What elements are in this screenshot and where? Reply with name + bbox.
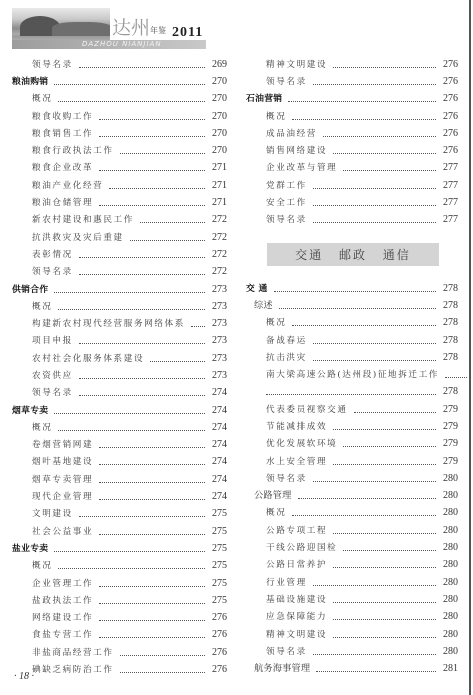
dot-leader <box>313 584 436 586</box>
toc-entry[interactable]: 烟叶基地建设274 <box>12 454 227 471</box>
dot-leader <box>79 377 205 379</box>
toc-entry-page: 279 <box>436 438 458 450</box>
toc-entry-page: 275 <box>205 526 227 538</box>
toc-entry[interactable]: 盐政执法工作275 <box>12 592 227 609</box>
dot-leader <box>99 481 205 483</box>
toc-entry-page: 270 <box>205 76 227 88</box>
dot-leader <box>79 342 205 344</box>
dot-leader <box>333 618 436 620</box>
toc-entry-page: 273 <box>205 370 227 382</box>
toc-entry-page: 270 <box>205 93 227 105</box>
toc-entry-label: 表彰情况 <box>12 249 79 261</box>
dot-leader <box>140 221 205 223</box>
toc-entry-label: 粮食企业改革 <box>12 162 99 174</box>
dot-leader <box>333 532 436 534</box>
dot-leader <box>292 324 436 326</box>
toc-entry-page: 270 <box>205 128 227 140</box>
toc-entry-page: 273 <box>205 353 227 365</box>
toc-entry-label: 农资供应 <box>12 370 79 382</box>
toc-entry-page: 280 <box>436 577 458 589</box>
toc-entry-page: 277 <box>436 197 458 209</box>
dot-leader <box>288 100 436 102</box>
dot-leader <box>313 480 436 482</box>
toc-right-bottom: 交 通278综述278概况278备战春运278抗击洪灾278南大梁高速公路(达州… <box>246 280 458 678</box>
toc-entry-label: 盐政执法工作 <box>12 595 99 607</box>
toc-entry-label: 烟草专卖 <box>12 405 54 417</box>
toc-entry-label: 概况 <box>246 507 292 519</box>
dot-leader <box>120 671 205 673</box>
dot-leader <box>298 497 436 499</box>
toc-entry[interactable]: 非盐商品经营工作276 <box>12 644 227 661</box>
toc-right-top: 精神文明建设276领导名录276石油营销276概况276成品油经营276销售网络… <box>246 56 458 229</box>
toc-entry-page: 280 <box>436 542 458 554</box>
toc-entry-page: 280 <box>436 559 458 571</box>
toc-entry-label: 公路专项工程 <box>246 525 333 537</box>
toc-entry-label: 基础设施建设 <box>246 594 333 606</box>
toc-entry-label: 安全工作 <box>246 197 313 209</box>
toc-entry-page: 274 <box>205 405 227 417</box>
toc-subsection[interactable]: 公路管理280 <box>246 488 458 505</box>
toc-entry-label: 新农村建设和惠民工作 <box>12 214 140 226</box>
dot-leader <box>54 83 205 85</box>
dot-leader <box>333 463 436 465</box>
dot-leader <box>313 221 436 223</box>
toc-entry-label: 粮食收购工作 <box>12 111 99 123</box>
toc-entry-page: 280 <box>436 629 458 641</box>
toc-entry[interactable]: 概况273 <box>12 298 227 315</box>
toc-entry[interactable]: 销售网络建设276 <box>246 142 458 159</box>
dot-leader <box>445 376 467 378</box>
toc-entry[interactable]: 领导名录280 <box>246 643 458 660</box>
toc-entry[interactable]: 现代企业管理274 <box>12 488 227 505</box>
toc-entry-page: 276 <box>436 128 458 140</box>
toc-entry-page: 275 <box>205 578 227 590</box>
toc-entry[interactable]: 碘缺乏病防治工作276 <box>12 661 227 678</box>
toc-entry[interactable]: 企业改革与管理277 <box>246 160 458 177</box>
toc-entry-label: 领导名录 <box>12 59 79 71</box>
dot-leader <box>79 66 205 68</box>
toc-entry-page: 275 <box>205 560 227 572</box>
dot-leader <box>343 445 436 447</box>
dot-leader <box>313 342 436 344</box>
toc-entry-page: 272 <box>205 249 227 261</box>
dot-leader <box>79 273 205 275</box>
toc-entry-label: 代表委员视察交通 <box>246 404 354 416</box>
toc-entry[interactable]: 粮食企业改革271 <box>12 160 227 177</box>
dot-leader <box>99 619 205 621</box>
toc-entry-label: 概况 <box>12 301 58 313</box>
toc-entry[interactable]: 领导名录274 <box>12 385 227 402</box>
toc-entry[interactable]: 干线公路迎国检280 <box>246 539 458 556</box>
toc-entry-label: 供销合作 <box>12 284 54 296</box>
toc-entry-label: 精神文明建设 <box>246 59 333 71</box>
toc-entry-label: 综述 <box>246 300 279 312</box>
toc-entry-label: 企业改革与管理 <box>246 162 343 174</box>
toc-entry[interactable]: 概况274 <box>12 419 227 436</box>
toc-entry[interactable]: 公路专项工程280 <box>246 522 458 539</box>
toc-section-heading[interactable]: 供销合作273 <box>12 281 227 298</box>
toc-entry-page: 277 <box>436 162 458 174</box>
toc-section-heading[interactable]: 石油营销276 <box>246 91 458 108</box>
dot-leader <box>292 514 436 516</box>
dot-leader <box>99 533 205 535</box>
dot-leader <box>58 567 205 569</box>
dot-leader <box>99 463 205 465</box>
toc-entry[interactable]: 优化发展软环境279 <box>246 436 458 453</box>
toc-entry-label: 烟叶基地建设 <box>12 456 99 468</box>
toc-entry[interactable]: 社会公益事业275 <box>12 523 227 540</box>
dot-leader <box>274 290 436 292</box>
toc-entry[interactable]: 备战春运278 <box>246 332 458 349</box>
toc-entry[interactable]: 概况275 <box>12 558 227 575</box>
toc-entry[interactable]: 构建新农村现代经营服务网络体系273 <box>12 315 227 332</box>
toc-entry[interactable]: 基础设施建设280 <box>246 591 458 608</box>
toc-entry-page: 278 <box>436 335 458 347</box>
toc-entry[interactable]: 概况276 <box>246 108 458 125</box>
toc-entry[interactable]: 食盐专营工作276 <box>12 627 227 644</box>
toc-entry-label: 盐业专卖 <box>12 543 54 555</box>
dot-leader <box>354 411 436 413</box>
dot-leader <box>333 566 436 568</box>
toc-entry-label: 优化发展软环境 <box>246 438 343 450</box>
toc-entry-page: 278 <box>436 283 458 295</box>
toc-entry[interactable]: 项目申报273 <box>12 333 227 350</box>
toc-entry[interactable]: 南大梁高速公路(达州段)征地拆迁工作 <box>246 366 458 383</box>
toc-subsection[interactable]: 航务海事管理281 <box>246 661 458 678</box>
toc-entry[interactable]: 卷烟营销网建274 <box>12 437 227 454</box>
toc-entry[interactable]: 农资供应273 <box>12 367 227 384</box>
header-title: 达州 <box>112 17 150 39</box>
toc-entry-page: 276 <box>205 629 227 641</box>
toc-entry[interactable]: 新农村建设和惠民工作272 <box>12 212 227 229</box>
toc-entry-page: 276 <box>205 647 227 659</box>
toc-entry[interactable]: 代表委员视察交通279 <box>246 401 458 418</box>
toc-entry-label: 文明建设 <box>12 508 79 520</box>
toc-entry-page: 272 <box>205 232 227 244</box>
dot-leader <box>120 654 205 656</box>
header-year: 2011 <box>172 26 203 40</box>
toc-entry[interactable]: 抗洪救灾及灾后重建272 <box>12 229 227 246</box>
toc-entry-label: 构建新农村现代经营服务网络体系 <box>12 318 191 330</box>
dot-leader <box>99 204 205 206</box>
toc-entry-label: 销售网络建设 <box>246 145 333 157</box>
toc-entry-label: 成品油经营 <box>246 128 323 140</box>
toc-entry-label: 南大梁高速公路(达州段)征地拆迁工作 <box>246 369 445 381</box>
toc-entry[interactable]: 粮油产业化经营271 <box>12 177 227 194</box>
toc-entry-page: 276 <box>436 145 458 157</box>
toc-entry-label: 粮食行政执法工作 <box>12 145 120 157</box>
treeline-graphic <box>52 22 110 36</box>
toc-left-column: 领导名录269粮油购销270概况270粮食收购工作270粮食销售工作270粮食行… <box>12 56 227 679</box>
toc-entry-page: 275 <box>205 595 227 607</box>
page-edge-rule <box>469 0 471 695</box>
header-subtitle: 年鉴 <box>150 25 166 37</box>
toc-entry-page: 278 <box>436 352 458 364</box>
toc-entry-label: 公路管理 <box>246 490 298 502</box>
dot-leader <box>150 360 205 362</box>
toc-entry-page: 280 <box>436 473 458 485</box>
toc-entry-page: 280 <box>436 611 458 623</box>
dot-leader <box>343 549 436 551</box>
toc-entry-label: 领导名录 <box>12 387 79 399</box>
toc-entry-label: 概况 <box>12 93 58 105</box>
toc-entry-page: 280 <box>436 507 458 519</box>
toc-entry-label: 网络建设工作 <box>12 612 99 624</box>
toc-entry-label: 概况 <box>12 560 58 572</box>
toc-entry-page: 270 <box>205 111 227 123</box>
toc-entry-page: 276 <box>436 76 458 88</box>
toc-entry-page: 273 <box>205 284 227 296</box>
dot-leader <box>99 118 205 120</box>
toc-entry[interactable]: 水上安全管理279 <box>246 453 458 470</box>
toc-entry-page: 281 <box>436 663 458 675</box>
dot-leader <box>120 152 205 154</box>
toc-entry-page: 271 <box>205 180 227 192</box>
toc-entry-page: 275 <box>205 543 227 555</box>
dot-leader <box>99 602 205 604</box>
toc-entry[interactable]: 应急保障能力280 <box>246 609 458 626</box>
toc-entry-page: 280 <box>436 525 458 537</box>
toc-entry[interactable]: 概况280 <box>246 505 458 522</box>
toc-right-column: 精神文明建设276领导名录276石油营销276概况276成品油经营276销售网络… <box>246 56 458 678</box>
toc-entry-label: 领导名录 <box>246 473 313 485</box>
dot-leader <box>54 550 205 552</box>
toc-entry-label: 粮油仓储管理 <box>12 197 99 209</box>
toc-entry[interactable]: 党群工作277 <box>246 177 458 194</box>
toc-entry-label: 领导名录 <box>246 76 313 88</box>
toc-entry-page: 278 <box>436 300 458 312</box>
toc-entry[interactable]: 粮油仓储管理271 <box>12 194 227 211</box>
dot-leader <box>333 601 436 603</box>
dot-leader <box>323 135 436 137</box>
toc-entry-label: 行业管理 <box>246 577 313 589</box>
toc-entry[interactable]: 领导名录280 <box>246 470 458 487</box>
toc-entry-label: 交 通 <box>246 283 274 295</box>
toc-entry-page: 278 <box>436 386 458 398</box>
dot-leader <box>343 169 436 171</box>
toc-entry-page: 280 <box>436 594 458 606</box>
toc-entry-page: 270 <box>205 145 227 157</box>
toc-entry-label: 领导名录 <box>246 214 313 226</box>
toc-entry[interactable]: 网络建设工作276 <box>12 610 227 627</box>
toc-entry-label: 食盐专营工作 <box>12 629 99 641</box>
dot-leader <box>333 636 436 638</box>
dot-leader <box>54 291 205 293</box>
toc-entry[interactable]: 抗击洪灾278 <box>246 349 458 366</box>
dot-leader <box>99 135 205 137</box>
dot-leader <box>266 393 436 395</box>
dot-leader <box>316 670 436 672</box>
toc-entry-label: 粮油购销 <box>12 76 54 88</box>
toc-entry[interactable]: 表彰情况272 <box>12 246 227 263</box>
dot-leader <box>333 428 436 430</box>
toc-entry-label: 领导名录 <box>246 646 313 658</box>
toc-entry-page: 274 <box>205 491 227 503</box>
toc-entry-page: 279 <box>436 404 458 416</box>
toc-entry-page: 278 <box>436 317 458 329</box>
toc-entry-page: 273 <box>205 335 227 347</box>
toc-entry-page: 276 <box>205 664 227 676</box>
toc-entry[interactable]: 精神文明建设276 <box>246 56 458 73</box>
toc-entry-label: 现代企业管理 <box>12 491 99 503</box>
toc-entry-label: 抗洪救灾及灾后重建 <box>12 232 130 244</box>
toc-entry[interactable]: 烟草专卖管理274 <box>12 471 227 488</box>
toc-entry-label: 烟草专卖管理 <box>12 474 99 486</box>
dot-leader <box>333 152 436 154</box>
toc-entry-label: 企业管理工作 <box>12 578 99 590</box>
toc-entry-page: 280 <box>436 646 458 658</box>
toc-entry-label: 非盐商品经营工作 <box>12 647 120 659</box>
dot-leader <box>79 394 205 396</box>
dot-leader <box>313 359 436 361</box>
toc-entry-label: 石油营销 <box>246 93 288 105</box>
toc-entry-label: 项目申报 <box>12 335 79 347</box>
toc-entry[interactable]: 领导名录269 <box>12 56 227 73</box>
toc-entry[interactable]: 粮食收购工作270 <box>12 108 227 125</box>
dot-leader <box>79 515 205 517</box>
toc-entry-label: 卷烟营销网建 <box>12 439 99 451</box>
dot-leader <box>292 118 436 120</box>
toc-section-heading[interactable]: 盐业专卖275 <box>12 540 227 557</box>
dot-leader <box>58 429 205 431</box>
toc-entry[interactable]: 文明建设275 <box>12 506 227 523</box>
toc-section-heading[interactable]: 烟草专卖274 <box>12 402 227 419</box>
toc-entry-page: 274 <box>205 439 227 451</box>
toc-entry-label: 党群工作 <box>246 180 313 192</box>
toc-entry-continuation[interactable]: 278 <box>246 384 458 401</box>
header-romanized: DAZHOU NIANJIAN <box>82 40 162 49</box>
dot-leader <box>313 653 436 655</box>
toc-entry[interactable]: 领导名录272 <box>12 264 227 281</box>
toc-entry-page: 274 <box>205 387 227 399</box>
dot-leader <box>99 585 205 587</box>
toc-entry-label: 公路日常养护 <box>246 559 333 571</box>
toc-entry-label: 领导名录 <box>12 266 79 278</box>
dot-leader <box>279 307 436 309</box>
dot-leader <box>99 636 205 638</box>
toc-entry-page: 271 <box>205 197 227 209</box>
dot-leader <box>333 66 436 68</box>
toc-entry-label: 农村社会化服务体系建设 <box>12 353 150 365</box>
toc-entry[interactable]: 公路日常养护280 <box>246 557 458 574</box>
toc-entry-page: 274 <box>205 474 227 486</box>
toc-section-heading[interactable]: 粮油购销270 <box>12 73 227 90</box>
toc-entry-page: 276 <box>436 59 458 71</box>
toc-entry-page: 277 <box>436 214 458 226</box>
toc-entry-page: 279 <box>436 421 458 433</box>
toc-entry-page: 272 <box>205 266 227 278</box>
toc-subsection[interactable]: 综述278 <box>246 297 458 314</box>
toc-section-heading[interactable]: 交 通278 <box>246 280 458 297</box>
toc-entry[interactable]: 领导名录277 <box>246 212 458 229</box>
toc-entry[interactable]: 安全工作277 <box>246 194 458 211</box>
page-folio: · 18 · <box>14 671 34 682</box>
section-banner: 交通 邮政 通信 <box>267 243 439 266</box>
toc-entry-page: 280 <box>436 490 458 502</box>
yearbook-header-banner: DAZHOU NIANJIAN 达州 年鉴 2011 <box>12 2 206 51</box>
toc-entry-label: 粮食销售工作 <box>12 128 99 140</box>
toc-entry-page: 272 <box>205 214 227 226</box>
toc-entry-page: 274 <box>205 422 227 434</box>
toc-entry-page: 269 <box>205 59 227 71</box>
toc-entry-label: 应急保障能力 <box>246 611 333 623</box>
dot-leader <box>191 325 205 327</box>
toc-entry[interactable]: 粮食销售工作270 <box>12 125 227 142</box>
dot-leader <box>99 169 205 171</box>
toc-entry[interactable]: 概况278 <box>246 315 458 332</box>
toc-entry[interactable]: 领导名录276 <box>246 73 458 90</box>
toc-entry-page: 276 <box>436 111 458 123</box>
toc-entry[interactable]: 概况270 <box>12 91 227 108</box>
toc-entry-label: 概况 <box>246 317 292 329</box>
dot-leader <box>99 498 205 500</box>
toc-entry-label: 概况 <box>246 111 292 123</box>
toc-entry-page: 273 <box>205 301 227 313</box>
toc-entry-label: 概况 <box>12 422 58 434</box>
dot-leader <box>130 239 205 241</box>
dot-leader <box>99 446 205 448</box>
toc-entry-label: 粮油产业化经营 <box>12 180 109 192</box>
dot-leader <box>58 308 205 310</box>
dot-leader <box>54 412 205 414</box>
toc-entry-page: 279 <box>436 456 458 468</box>
toc-entry[interactable]: 节能减排成效279 <box>246 418 458 435</box>
toc-entry[interactable]: 农村社会化服务体系建设273 <box>12 350 227 367</box>
toc-entry-label: 社会公益事业 <box>12 526 99 538</box>
toc-entry[interactable]: 企业管理工作275 <box>12 575 227 592</box>
toc-entry-page: 273 <box>205 318 227 330</box>
toc-entry[interactable]: 成品油经营276 <box>246 125 458 142</box>
toc-entry-label: 航务海事管理 <box>246 663 316 675</box>
toc-entry-label: 水上安全管理 <box>246 456 333 468</box>
dot-leader <box>79 256 205 258</box>
toc-entry[interactable]: 精神文明建设280 <box>246 626 458 643</box>
toc-entry-label: 节能减排成效 <box>246 421 333 433</box>
dot-leader <box>109 187 205 189</box>
toc-entry[interactable]: 粮食行政执法工作270 <box>12 142 227 159</box>
toc-entry-page: 275 <box>205 508 227 520</box>
toc-entry-page: 276 <box>436 93 458 105</box>
toc-entry-label: 精神文明建设 <box>246 629 333 641</box>
toc-entry-label: 备战春运 <box>246 335 313 347</box>
toc-entry-page: 276 <box>205 612 227 624</box>
toc-page: DAZHOU NIANJIAN 达州 年鉴 2011 领导名录269粮油购销27… <box>0 0 473 695</box>
toc-entry-label: 干线公路迎国检 <box>246 542 343 554</box>
dot-leader <box>313 187 436 189</box>
toc-entry-label: 抗击洪灾 <box>246 352 313 364</box>
toc-entry-page: 277 <box>436 180 458 192</box>
dot-leader <box>313 83 436 85</box>
toc-entry-page: 271 <box>205 162 227 174</box>
dot-leader <box>58 100 205 102</box>
toc-entry-page: 274 <box>205 456 227 468</box>
dot-leader <box>313 204 436 206</box>
toc-entry[interactable]: 行业管理280 <box>246 574 458 591</box>
